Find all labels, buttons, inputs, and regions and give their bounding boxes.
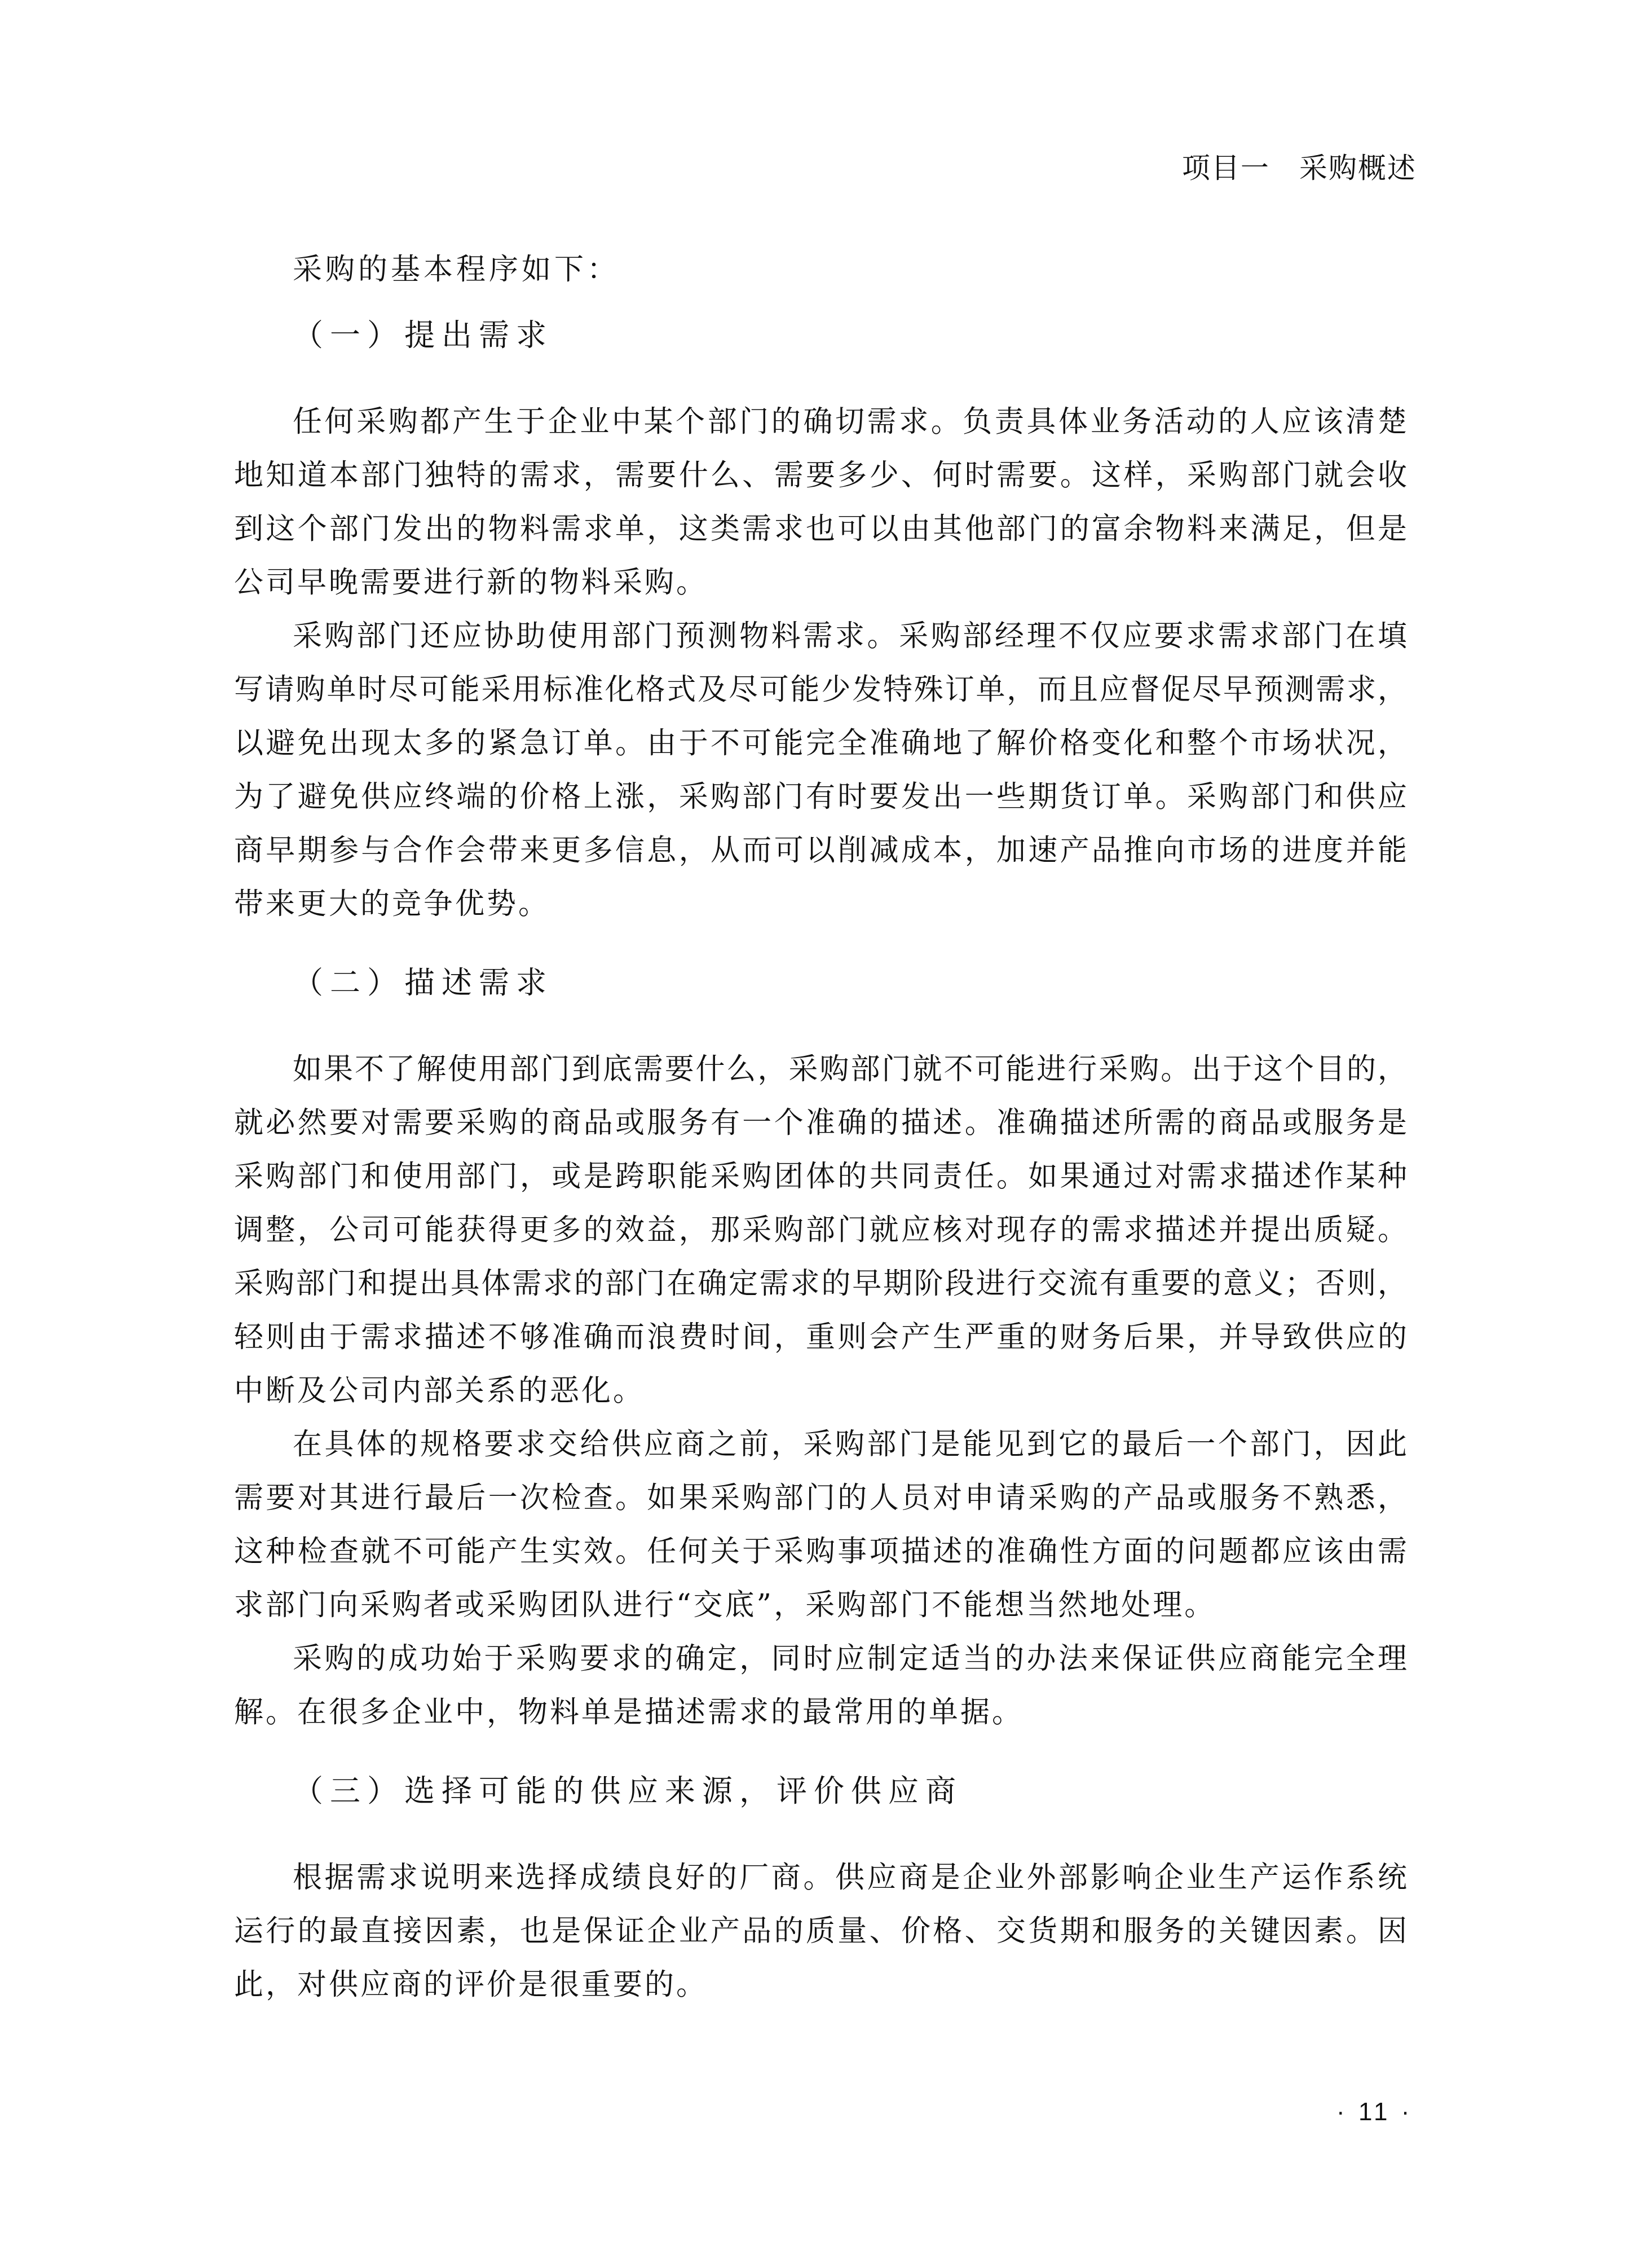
paragraph-line: 中断及公司内部关系的恶化。 — [234, 1374, 645, 1408]
paragraph-line: 写请购单时尽可能采用标准化格式及尽可能少发特殊订单，而且应督促尽早预测需求， — [234, 673, 1407, 707]
paragraph-line: 商早期参与合作会带来更多信息，从而可以削减成本，加速产品推向市场的进度并能 — [234, 834, 1407, 867]
intro-line: 采购的基本程序如下： — [293, 253, 620, 287]
paragraph-line: 到这个部门发出的物料需求单，这类需求也可以由其他部门的富余物料来满足，但是 — [234, 512, 1407, 546]
paragraph-line: 采购的成功始于采购要求的确定，同时应制定适当的办法来保证供应商能完全理 — [293, 1642, 1407, 1676]
running-header: 项目一采购概述 — [1182, 146, 1417, 186]
paragraph-line: 运行的最直接因素，也是保证企业产品的质量、价格、交货期和服务的关键因素。因 — [234, 1914, 1407, 1948]
paragraph-line: 地知道本部门独特的需求，需要什么、需要多少、何时需要。这样，采购部门就会收 — [234, 459, 1407, 492]
paragraph-line: 调整，公司可能获得更多的效益，那采购部门就应核对现存的需求描述并提出质疑。 — [234, 1213, 1407, 1247]
section-heading-2: （二）描述需求 — [293, 966, 553, 1000]
section-heading-3: （三）选择可能的供应来源，评价供应商 — [293, 1774, 963, 1808]
paragraph-line: 采购部门还应协助使用部门预测物料需求。采购部经理不仅应要求需求部门在填 — [293, 619, 1407, 653]
paragraph-line: 求部门向采购者或采购团队进行“交底”，采购部门不能想当然地处理。 — [234, 1588, 1216, 1622]
document-page: 项目一采购概述 采购的基本程序如下： （一）提出需求 任何采购都产生于企业中某个… — [0, 0, 1628, 2268]
paragraph-line: 公司早晚需要进行新的物料采购。 — [234, 566, 708, 600]
paragraph-line: 任何采购都产生于企业中某个部门的确切需求。负责具体业务活动的人应该清楚 — [293, 405, 1407, 439]
paragraph-line: 解。在很多企业中，物料单是描述需求的最常用的单据。 — [234, 1696, 1023, 1729]
chapter-title: 采购概述 — [1299, 152, 1417, 184]
project-label: 项目一 — [1182, 152, 1270, 184]
paragraph-line: 采购部门和使用部门，或是跨职能采购团体的共同责任。如果通过对需求描述作某种 — [234, 1160, 1407, 1194]
paragraph-line: 就必然要对需要采购的商品或服务有一个准确的描述。准确描述所需的商品或服务是 — [234, 1106, 1407, 1140]
paragraph-line: 根据需求说明来选择成绩良好的厂商。供应商是企业外部影响企业生产运作系统 — [293, 1861, 1407, 1895]
paragraph-line: 以避免出现太多的紧急订单。由于不可能完全准确地了解价格变化和整个市场状况， — [234, 726, 1407, 760]
paragraph-line: 此，对供应商的评价是很重要的。 — [234, 1968, 708, 2002]
paragraph-line: 在具体的规格要求交给供应商之前，采购部门是能见到它的最后一个部门，因此 — [293, 1428, 1407, 1461]
paragraph-line: 带来更大的竞争优势。 — [234, 887, 550, 921]
paragraph-line: 如果不了解使用部门到底需要什么，采购部门就不可能进行采购。出于这个目的， — [293, 1052, 1407, 1086]
page-number: · 11 · — [1336, 2098, 1413, 2126]
paragraph-line: 这种检查就不可能产生实效。任何关于采购事项描述的准确性方面的问题都应该由需 — [234, 1535, 1407, 1569]
paragraph-line: 采购部门和提出具体需求的部门在确定需求的早期阶段进行交流有重要的意义；否则， — [234, 1267, 1407, 1301]
section-heading-1: （一）提出需求 — [293, 319, 553, 353]
paragraph-line: 轻则由于需求描述不够准确而浪费时间，重则会产生严重的财务后果，并导致供应的 — [234, 1320, 1407, 1354]
paragraph-line: 为了避免供应终端的价格上涨，采购部门有时要发出一些期货订单。采购部门和供应 — [234, 780, 1407, 814]
paragraph-line: 需要对其进行最后一次检查。如果采购部门的人员对申请采购的产品或服务不熟悉， — [234, 1481, 1407, 1515]
